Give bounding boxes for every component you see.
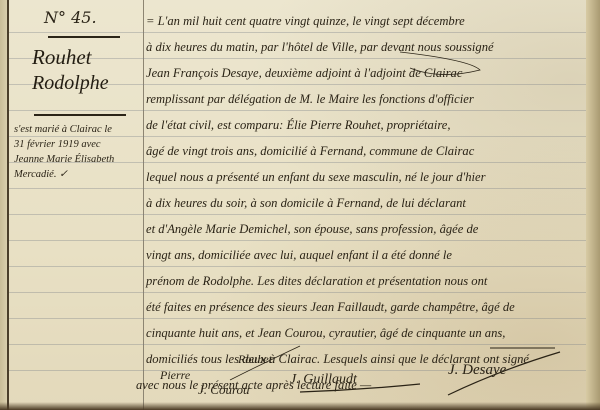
pen-flourishes: [0, 0, 600, 410]
page-bottom-shadow: [0, 402, 600, 410]
register-page: N° 45. Rouhet Rodolphe s'est marié à Cla…: [0, 0, 600, 410]
